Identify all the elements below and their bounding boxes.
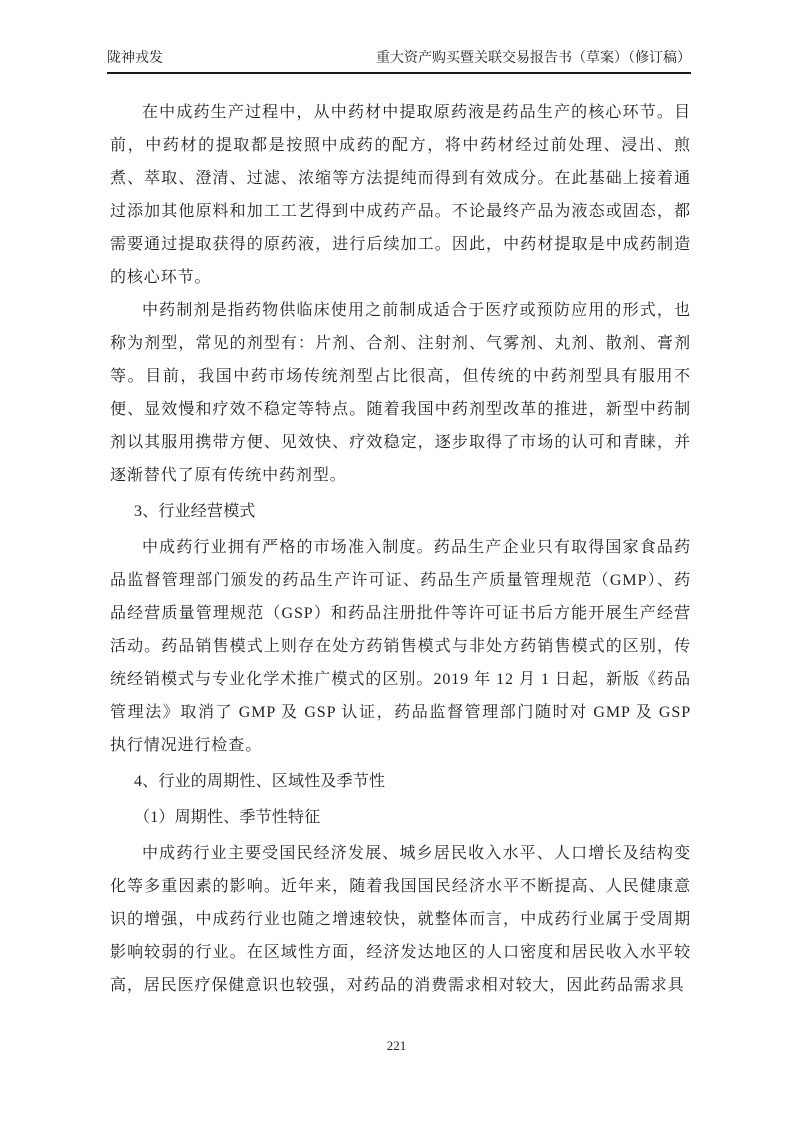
paragraph-market-access: 中成药行业拥有严格的市场准入制度。药品生产企业只有取得国家食品药品监督管理部门颁…: [110, 531, 691, 762]
page-footer: 221: [0, 1038, 793, 1054]
section-heading-cyclicality: 4、行业的周期性、区域性及季节性: [110, 765, 691, 798]
paragraph-industry-factors: 中成药行业主要受国民经济发展、城乡居民收入水平、人口增长及结构变化等多重因素的影…: [110, 837, 691, 1002]
header-company-name: 陇神戎发: [107, 50, 163, 68]
paragraph-preparation-forms: 中药制剂是指药物供临床使用之前制成适合于医疗或预防应用的形式，也称为剂型，常见的…: [110, 294, 691, 492]
section-heading-business-model: 3、行业经营模式: [110, 495, 691, 528]
subsection-heading-periodic-seasonal: （1）周期性、季节性特征: [110, 801, 691, 834]
header-report-title: 重大资产购买暨关联交易报告书（草案）（修订稿）: [376, 50, 691, 68]
paragraph-extraction-process: 在中成药生产过程中，从中药材中提取原药液是药品生产的核心环节。目前，中药材的提取…: [110, 96, 691, 294]
document-page: 陇神戎发 重大资产购买暨关联交易报告书（草案）（修订稿） 在中成药生产过程中，从…: [0, 0, 793, 1122]
document-body: 在中成药生产过程中，从中药材中提取原药液是药品生产的核心环节。目前，中药材的提取…: [110, 96, 691, 1002]
page-number: 221: [387, 1038, 407, 1053]
page-header: 陇神戎发 重大资产购买暨关联交易报告书（草案）（修订稿）: [107, 50, 691, 74]
